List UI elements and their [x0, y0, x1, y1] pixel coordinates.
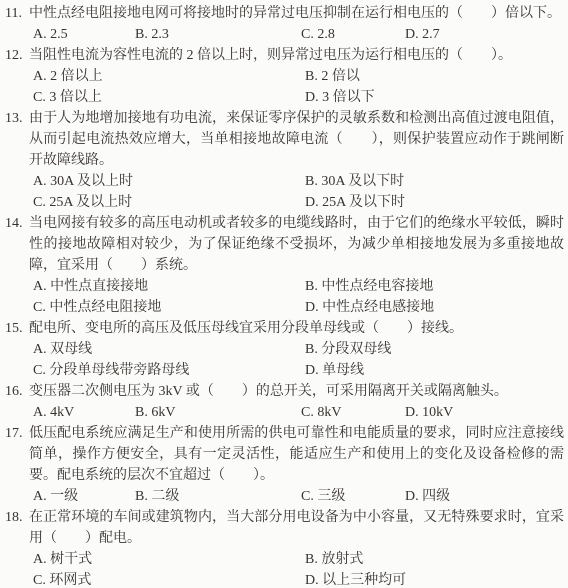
options-grid: A. 4kVB. 6kVC. 8kVD. 10kV	[29, 402, 566, 423]
option-D: D. 单母线	[305, 360, 566, 381]
option-A: A. 一级	[33, 486, 135, 507]
question-number: 13.	[5, 108, 23, 129]
question-text: 配电所、变电所的高压及低压母线宜采用分段单母线或（ ）接线。	[29, 318, 566, 339]
option-B: B. 分段双母线	[305, 339, 566, 360]
option-D: D. 10kV	[405, 402, 566, 423]
question-13: 13.由于人为地增加接地有功电流，来保证零序保护的灵敏系数和检测出高值过渡电阻值…	[5, 108, 566, 213]
option-A: A. 双母线	[33, 339, 305, 360]
question-number: 17.	[5, 423, 23, 444]
option-B: B. 二级	[135, 486, 301, 507]
option-A: A. 树干式	[33, 549, 305, 570]
option-A: A. 中性点直接接地	[33, 276, 305, 297]
option-A: A. 30A 及以上时	[33, 171, 305, 192]
question-text: 变压器二次侧电压为 3kV 或（ ）的总开关，可采用隔离开关或隔离触头。	[29, 381, 566, 402]
question-list: 11.中性点经电阻接地电网可将接地时的异常过电压抑制在运行相电压的（ ）倍以下。…	[5, 3, 566, 588]
question-number: 18.	[5, 507, 23, 528]
question-number: 11.	[5, 3, 22, 24]
option-B: B. 2 倍以	[305, 66, 566, 87]
options-grid: A. 2.5B. 2.3C. 2.8D. 2.7	[29, 24, 566, 45]
question-16: 16.变压器二次侧电压为 3kV 或（ ）的总开关，可采用隔离开关或隔离触头。A…	[5, 381, 566, 423]
question-text: 当电网接有较多的高压电动机或者较多的电缆线路时，由于它们的绝缘水平较低，瞬时性的…	[29, 213, 566, 276]
option-C: C. 8kV	[301, 402, 405, 423]
options-grid: A. 一级B. 二级C. 三级D. 四级	[29, 486, 566, 507]
question-number: 14.	[5, 213, 23, 234]
question-number: 16.	[5, 381, 23, 402]
question-text: 由于人为地增加接地有功电流，来保证零序保护的灵敏系数和检测出高值过渡电阻值，从而…	[29, 108, 566, 171]
option-B: B. 30A 及以下时	[305, 171, 566, 192]
question-text: 中性点经电阻接地电网可将接地时的异常过电压抑制在运行相电压的（ ）倍以下。	[29, 3, 566, 24]
option-D: D. 中性点经电感接地	[305, 297, 566, 318]
exam-page: 11.中性点经电阻接地电网可将接地时的异常过电压抑制在运行相电压的（ ）倍以下。…	[0, 0, 568, 588]
option-A: A. 4kV	[33, 402, 135, 423]
option-C: C. 2.8	[301, 24, 405, 45]
options-grid: A. 树干式B. 放射式C. 环网式D. 以上三种均可	[29, 549, 566, 588]
option-B: B. 中性点经电容接地	[305, 276, 566, 297]
question-text: 在正常环境的车间或建筑物内，当大部分用电设备为中小容量，又无特殊要求时，宜采用（…	[29, 507, 566, 549]
option-C: C. 25A 及以上时	[33, 192, 305, 213]
question-11: 11.中性点经电阻接地电网可将接地时的异常过电压抑制在运行相电压的（ ）倍以下。…	[5, 3, 566, 45]
option-D: D. 四级	[405, 486, 566, 507]
question-18: 18.在正常环境的车间或建筑物内，当大部分用电设备为中小容量，又无特殊要求时，宜…	[5, 507, 566, 588]
option-D: D. 25A 及以下时	[305, 192, 566, 213]
option-C: C. 3 倍以上	[33, 87, 305, 108]
question-17: 17.低压配电系统应满足生产和使用所需的供电可靠性和电能质量的要求，同时应注意接…	[5, 423, 566, 507]
option-C: C. 分段单母线带旁路母线	[33, 360, 305, 381]
option-B: B. 放射式	[305, 549, 566, 570]
options-grid: A. 中性点直接接地B. 中性点经电容接地C. 中性点经电阻接地D. 中性点经电…	[29, 276, 566, 318]
options-grid: A. 双母线B. 分段双母线C. 分段单母线带旁路母线D. 单母线	[29, 339, 566, 381]
option-A: A. 2 倍以上	[33, 66, 305, 87]
option-D: D. 3 倍以下	[305, 87, 566, 108]
option-B: B. 6kV	[135, 402, 301, 423]
option-D: D. 2.7	[405, 24, 566, 45]
question-12: 12.当阻性电流为容性电流的 2 倍以上时，则异常过电压为运行相电压的（ ）。A…	[5, 45, 566, 108]
options-grid: A. 2 倍以上B. 2 倍以C. 3 倍以上D. 3 倍以下	[29, 66, 566, 108]
option-B: B. 2.3	[135, 24, 301, 45]
options-grid: A. 30A 及以上时B. 30A 及以下时C. 25A 及以上时D. 25A …	[29, 171, 566, 213]
option-D: D. 以上三种均可	[305, 570, 566, 588]
question-number: 15.	[5, 318, 23, 339]
question-14: 14.当电网接有较多的高压电动机或者较多的电缆线路时，由于它们的绝缘水平较低，瞬…	[5, 213, 566, 318]
question-text: 低压配电系统应满足生产和使用所需的供电可靠性和电能质量的要求，同时应注意接线简单…	[29, 423, 566, 486]
question-text: 当阻性电流为容性电流的 2 倍以上时，则异常过电压为运行相电压的（ ）。	[29, 45, 566, 66]
option-C: C. 三级	[301, 486, 405, 507]
option-A: A. 2.5	[33, 24, 135, 45]
question-15: 15.配电所、变电所的高压及低压母线宜采用分段单母线或（ ）接线。A. 双母线B…	[5, 318, 566, 381]
option-C: C. 中性点经电阻接地	[33, 297, 305, 318]
option-C: C. 环网式	[33, 570, 305, 588]
question-number: 12.	[5, 45, 23, 66]
